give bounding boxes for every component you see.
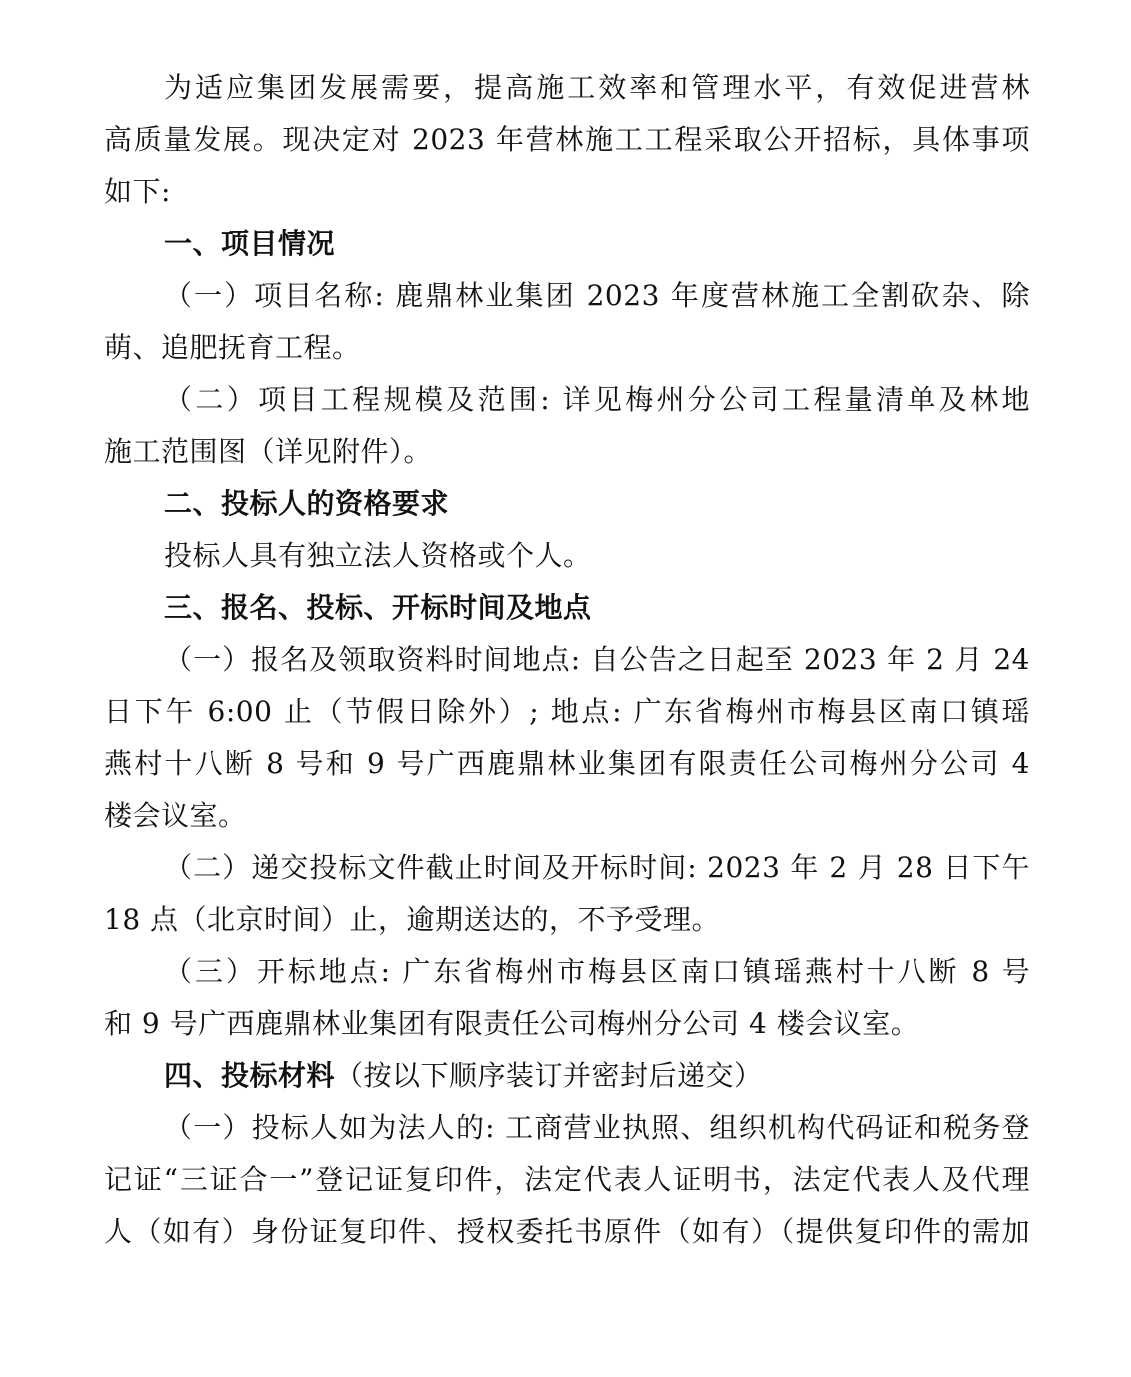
section-1-item-2-line-1: （二）项目工程规模及范围: 详见梅州分公司工程量清单及林地	[164, 374, 1030, 426]
section-3-item-3-line-2: 和 9 号广西鹿鼎林业集团有限责任公司梅州分公司 4 楼会议室。	[104, 998, 1030, 1050]
section-4-heading: 四、投标材料（按以下顺序装订并密封后递交）	[164, 1050, 1030, 1102]
section-4-heading-title: 四、投标材料	[164, 1059, 335, 1092]
section-2-body: 投标人具有独立法人资格或个人。	[164, 530, 1030, 582]
section-4-item-1-line-2: 记证“三证合一”登记证复印件，法定代表人证明书，法定代表人及代理	[104, 1154, 1030, 1206]
section-3-item-1-line-2: 日下午 6:00 止（节假日除外）; 地点: 广东省梅州市梅县区南口镇瑶	[104, 686, 1030, 738]
section-4-heading-note: （按以下顺序装订并密封后递交）	[335, 1059, 763, 1092]
section-2-heading: 二、投标人的资格要求	[164, 478, 1030, 530]
section-1-item-1-line-2: 萌、追肥抚育工程。	[104, 322, 1030, 374]
section-1-item-1-line-1: （一）项目名称: 鹿鼎林业集团 2023 年度营林施工全割砍杂、除	[164, 270, 1030, 322]
intro-line-2: 高质量发展。现决定对 2023 年营林施工工程采取公开招标，具体事项	[104, 114, 1030, 166]
intro-line-1: 为适应集团发展需要，提高施工效率和管理水平，有效促进营林	[164, 62, 1030, 114]
section-3-item-3-line-1: （三）开标地点: 广东省梅州市梅县区南口镇瑶燕村十八断 8 号	[164, 946, 1030, 998]
section-3-item-2-line-2: 18 点（北京时间）止，逾期送达的，不予受理。	[104, 894, 1030, 946]
section-1-heading: 一、项目情况	[164, 218, 1030, 270]
section-3-item-1-line-4: 楼会议室。	[104, 790, 1030, 842]
section-4-item-1-line-1: （一）投标人如为法人的: 工商营业执照、组织机构代码证和税务登	[164, 1102, 1030, 1154]
intro-line-3: 如下:	[104, 166, 1030, 218]
section-3-item-1-line-1: （一）报名及领取资料时间地点: 自公告之日起至 2023 年 2 月 24	[164, 634, 1030, 686]
section-4-item-1-line-3: 人（如有）身份证复印件、授权委托书原件（如有）（提供复印件的需加	[104, 1206, 1030, 1258]
section-3-item-2-line-1: （二）递交投标文件截止时间及开标时间: 2023 年 2 月 28 日下午	[164, 842, 1030, 894]
section-1-item-2-line-2: 施工范围图（详见附件）。	[104, 426, 1030, 478]
section-3-item-1-line-3: 燕村十八断 8 号和 9 号广西鹿鼎林业集团有限责任公司梅州分公司 4	[104, 738, 1030, 790]
section-3-heading: 三、报名、投标、开标时间及地点	[164, 582, 1030, 634]
